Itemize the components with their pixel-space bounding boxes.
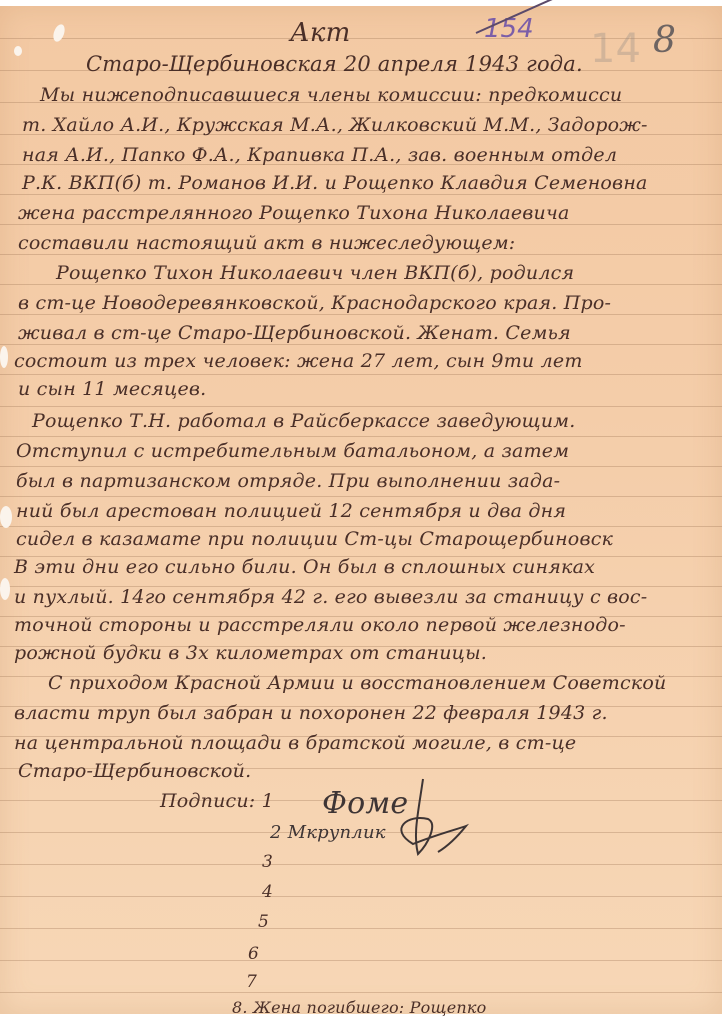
signature-slot-6: 6	[248, 944, 259, 964]
body-line: точной стороны и расстреляли около перво…	[14, 614, 626, 636]
body-line: Рощепко Т.Н. работал в Райсберкассе заве…	[32, 410, 575, 432]
body-line: С приходом Красной Армии и восстановлени…	[48, 672, 666, 694]
body-line: Старо-Щербиновской.	[18, 760, 251, 782]
ruled-line	[0, 436, 722, 437]
place-date: Старо-Щербиновская 20 апреля 1943 года.	[86, 52, 583, 76]
body-line: власти труп был забран и похоронен 22 фе…	[14, 702, 608, 724]
body-line: т. Хайло А.И., Кружская М.А., Жилковский…	[22, 114, 648, 136]
punch-hole	[0, 578, 10, 600]
faint-number: 14	[590, 26, 641, 72]
body-line: в ст-це Новодеревянковской, Краснодарско…	[18, 292, 611, 314]
signatures-label: Подписи: 1	[160, 790, 274, 812]
ruled-line	[0, 224, 722, 225]
body-line: составили настоящий акт в нижеследующем:	[18, 232, 515, 254]
body-line: Рощепко Тихон Николаевич член ВКП(б), ро…	[56, 262, 574, 284]
signature-slot-7: 7	[246, 972, 257, 992]
body-line: состоит из трех человек: жена 27 лет, сы…	[14, 350, 583, 372]
ruled-line	[0, 314, 722, 315]
signature-flourish-icon	[318, 774, 478, 864]
punch-hole	[14, 46, 22, 56]
ruled-line	[0, 960, 722, 961]
ruled-line	[0, 864, 722, 865]
punch-hole	[0, 506, 12, 528]
signature-slot-4: 4	[262, 882, 273, 902]
body-line: жена расстрелянного Рощепко Тихона Никол…	[18, 202, 570, 224]
ruled-line	[0, 374, 722, 375]
signature-slot-5: 5	[258, 912, 269, 932]
ruled-line	[0, 496, 722, 497]
pencil-number: 8	[653, 20, 676, 61]
signature-slot-3: 3	[262, 852, 273, 872]
ruled-line	[0, 284, 722, 285]
body-line: рожной будки в 3х километрах от станицы.	[14, 642, 487, 664]
document-page: 154 14 8 Акт Старо-Щербиновская 20 апрел…	[0, 6, 722, 1014]
signature-2: 2 Мкруплик	[270, 822, 386, 843]
body-line: Мы нижеподписавшиеся члены комиссии: пре…	[40, 84, 622, 106]
punch-hole	[0, 346, 8, 368]
body-line: на центральной площади в братской могиле…	[14, 732, 576, 754]
body-line: сидел в казамате при полиции Ст-цы Старо…	[16, 528, 613, 550]
signature-widow: 8. Жена погибшего: Рощепко	[232, 998, 486, 1017]
ruled-line	[0, 254, 722, 255]
ruled-line	[0, 896, 722, 897]
document-title: Акт	[290, 18, 350, 48]
ruled-line	[0, 466, 722, 467]
body-line: был в партизанском отряде. При выполнени…	[16, 470, 560, 492]
body-line: Отступил с истребительным батальоном, а …	[16, 440, 569, 462]
body-line: Р.К. ВКП(б) т. Романов И.И. и Рощепко Кл…	[22, 172, 648, 194]
body-line: ная А.И., Папко Ф.А., Крапивка П.А., зав…	[22, 144, 617, 166]
ruled-line	[0, 344, 722, 345]
body-line: живал в ст-це Старо-Щербиновской. Женат.…	[18, 322, 571, 344]
ruled-line	[0, 406, 722, 407]
ruled-line	[0, 526, 722, 527]
ruled-line	[0, 194, 722, 195]
body-line: В эти дни его сильно били. Он был в спло…	[14, 556, 595, 578]
ruled-line	[0, 928, 722, 929]
body-line: ний был арестован полицией 12 сентября и…	[16, 500, 566, 522]
punch-hole	[51, 23, 67, 43]
body-line: и пухлый. 14го сентября 42 г. его вывезл…	[14, 586, 647, 608]
body-line: и сын 11 месяцев.	[18, 378, 206, 400]
ruled-line	[0, 992, 722, 993]
